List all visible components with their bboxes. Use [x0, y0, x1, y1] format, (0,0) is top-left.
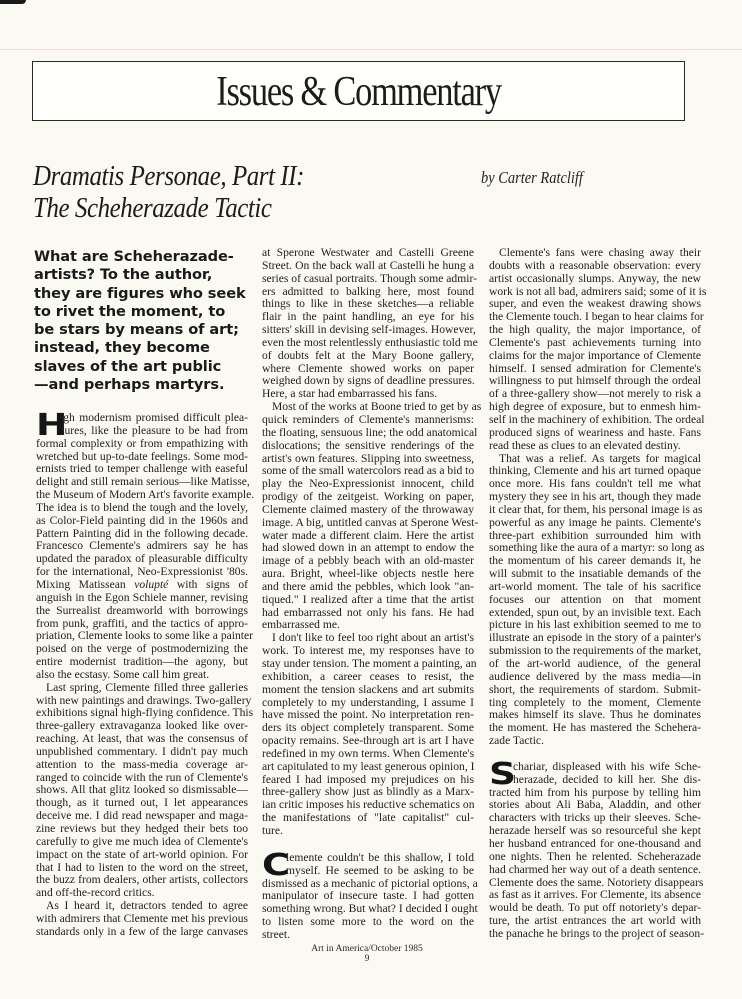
text-line: the floating, sensuous line; the odd ana… — [262, 427, 474, 440]
deck-line: instead, they become — [34, 339, 264, 357]
text-line: of the art-world audience, of the genera… — [489, 658, 701, 671]
paragraph: Last spring, Clemente filled three galle… — [36, 682, 248, 900]
text-line: quick reminders of Clemente's mannerisms… — [262, 414, 474, 427]
text-line: the panache he brings to the project of … — [489, 928, 701, 941]
text-line: ture, the artist entrances the art world… — [489, 915, 701, 928]
scan-edge-mark — [0, 0, 26, 4]
column-2: at Sperone Westwater and Castelli Greene… — [262, 247, 474, 942]
text-line: myself. He seemed to be asking to be — [262, 865, 474, 878]
text-line: opacity remains. See-through art is art … — [262, 735, 474, 748]
text-line: moment the tension slackens and art subm… — [262, 684, 474, 697]
text-line: herazade, decided to kill her. She dis- — [489, 774, 701, 787]
text-line: the high quality, the major importance, … — [489, 324, 701, 337]
text-line: chariar, displeased with his wife Sche- — [489, 761, 701, 774]
page-footer: Art in America/October 1985 9 — [262, 944, 472, 964]
text-line: and there amid the pebbles, which look "… — [262, 581, 474, 594]
paragraph: S chariar, displeased with his wife Sche… — [489, 761, 701, 941]
byline: by Carter Ratcliff — [481, 168, 583, 188]
text-line: produced signs of weariness and haste. F… — [489, 427, 701, 440]
text-line: had charmed her way out of a death sente… — [489, 864, 701, 877]
text-line: powerful as any image he paints. Clement… — [489, 517, 701, 530]
text-line: will submit to the insatiable demands of… — [489, 568, 701, 581]
text-line: also the ecstasy. Some call him great. — [36, 669, 248, 682]
text-line: reaching. At least, that was the consens… — [36, 733, 248, 746]
text-line: lemente couldn't be this shallow, I told — [262, 852, 474, 865]
paragraph: Most of the works at Boone tried to get … — [262, 401, 474, 632]
deck-line: be stars by means of art; — [34, 321, 264, 339]
paragraph: That was a relief. As targets for magica… — [489, 453, 701, 748]
text-line: mystery they see in his art, though they… — [489, 491, 701, 504]
text-line: tiqued." I realized after a time that th… — [262, 594, 474, 607]
text-line: As I heard it, detractors tended to agre… — [36, 900, 248, 913]
section-header-title: Issues & Commentary — [216, 68, 501, 116]
text-line: image. A big, untitled canvas at Sperone… — [262, 517, 474, 530]
text-line: unpublished commentary. I didn't pay muc… — [36, 746, 248, 759]
text-line: her husband entranced for one-thousand a… — [489, 838, 701, 851]
deck-line: artists? To the author, — [34, 266, 264, 284]
text-line: series of casual portraits. Though some … — [262, 273, 474, 286]
text-line: read these as clues to an elevated desti… — [489, 440, 701, 453]
text-line: street. — [262, 929, 474, 942]
deck-line: they are figures who seek — [34, 285, 264, 303]
text-line: Clemente claimed mastery of the throwawa… — [262, 504, 474, 517]
section-header-box: Issues & Commentary — [32, 61, 685, 121]
text-line: anguish in the Egon Schiele manner, revi… — [36, 592, 248, 605]
text-line: as Color-Field painting did in the 1960s… — [36, 515, 248, 528]
text-line: aura. Bright, wheel-like objects nestle … — [262, 568, 474, 581]
text-line: Street. On the back wall at Castelli he … — [262, 260, 474, 273]
headline-line-1: Dramatis Personae, Part II: — [33, 160, 304, 192]
text-line: standards only in a few of the large can… — [36, 926, 248, 939]
text-line: the Museum of Modern Art's favorite exam… — [36, 489, 248, 502]
text-line: prodigy of the zeitgeist. Working on pap… — [262, 491, 474, 504]
text-line: art-world moment. The tale of his sacrif… — [489, 581, 701, 594]
text-line: stay under tension. The moment a paintin… — [262, 658, 474, 671]
text-line: the manifestations of "late capitalist" … — [262, 812, 474, 825]
page-rule — [0, 49, 742, 50]
text-line: attention to the mass-media coverage ar- — [36, 759, 248, 772]
headline-line-2: The Scheherazade Tactic — [33, 192, 304, 224]
text-line: claims for the major importance of Cleme… — [489, 350, 701, 363]
deck-line: to rivet the moment, to — [34, 303, 264, 321]
text-line: focuses our attention on that moment — [489, 594, 701, 607]
text-line: redefined in my own terms. When Clemente… — [262, 748, 474, 761]
text-line: The idea is to blend the tough and the l… — [36, 502, 248, 515]
text-line: Clemente's fans were chasing away their — [489, 247, 701, 260]
article-deck: What are Scheherazade-artists? To the au… — [34, 248, 264, 394]
text-line: it clear that, for them, his personal im… — [489, 504, 701, 517]
drop-cap: C — [262, 853, 290, 879]
text-line: igh modernism promised difficult plea- — [36, 412, 248, 425]
text-line: Mixing Matissean volupté with signs of — [36, 579, 248, 592]
article-headline: Dramatis Personae, Part II: The Schehera… — [33, 160, 304, 224]
deck-line: —and perhaps martyrs. — [34, 376, 264, 394]
text-line: the Surrealist dreamworld with borrowing… — [36, 605, 248, 618]
drop-cap: S — [489, 762, 516, 788]
paragraph: As I heard it, detractors tended to agre… — [36, 900, 248, 939]
text-line: dislocations; the sensitive renderings o… — [262, 440, 474, 453]
text-line: entire modernist tradition—the agony, bu… — [36, 656, 248, 669]
text-line: one nights. Then he relented. Scheheraza… — [489, 851, 701, 864]
text-line: ture. — [262, 825, 474, 838]
text-line: audience delivered by the mass media—in — [489, 671, 701, 684]
text-line: carefully to give me much idea of Clemen… — [36, 836, 248, 849]
paragraph: Clemente's fans were chasing away theird… — [489, 247, 701, 453]
text-line: Last spring, Clemente filled three galle… — [36, 682, 248, 695]
text-line: zine reviews but they hedged their bets … — [36, 823, 248, 836]
text-line: artist occasionally slumps. Anyway, the … — [489, 273, 701, 286]
text-line: zade Tactic. — [489, 735, 701, 748]
text-line: short, the requirements of stardom. Subm… — [489, 684, 701, 697]
text-line: sitters' skill in devising self-images. … — [262, 324, 474, 337]
paragraph: I don't like to feel too right about an … — [262, 632, 474, 838]
paragraph: H igh modernism promised difficult plea-… — [36, 412, 248, 682]
deck-line: What are Scheherazade- — [34, 248, 264, 266]
text-line: sures, like the pleasure to be had from — [36, 425, 248, 438]
page-number: 9 — [262, 954, 472, 964]
column-3: Clemente's fans were chasing away theird… — [489, 247, 701, 941]
publication-credit: Art in America/October 1985 — [262, 944, 472, 954]
column-1: H igh modernism promised difficult plea-… — [36, 412, 248, 939]
text-line: formal complexity or from empathizing wi… — [36, 438, 248, 451]
text-line: impact on the state of art-world opinion… — [36, 849, 248, 862]
text-line: doubts with a reasonable observation: ev… — [489, 260, 701, 273]
text-line: self in the machinery of exhibition. The… — [489, 414, 701, 427]
text-line: at Sperone Westwater and Castelli Greene — [262, 247, 474, 260]
paragraph: C lemente couldn't be this shallow, I to… — [262, 852, 474, 942]
drop-cap: H — [36, 413, 67, 439]
text-line: exhibition, a career ceases to resist, t… — [262, 671, 474, 684]
italic-term: volupté — [134, 578, 168, 591]
text-line: art capitulated to my least generous opi… — [262, 761, 474, 774]
text-line: of doubts felt at the Mary Boone gallery… — [262, 350, 474, 363]
text-line: to listen some more to the word on the — [262, 916, 474, 929]
paragraph: at Sperone Westwater and Castelli Greene… — [262, 247, 474, 401]
deck-line: slaves of the art public — [34, 358, 264, 376]
text-line: even the most relentlessly enthusiastic … — [262, 337, 474, 350]
text-line: with admirers that Clemente met his prev… — [36, 913, 248, 926]
text-line: Clemente's past achievements turning int… — [489, 337, 701, 350]
